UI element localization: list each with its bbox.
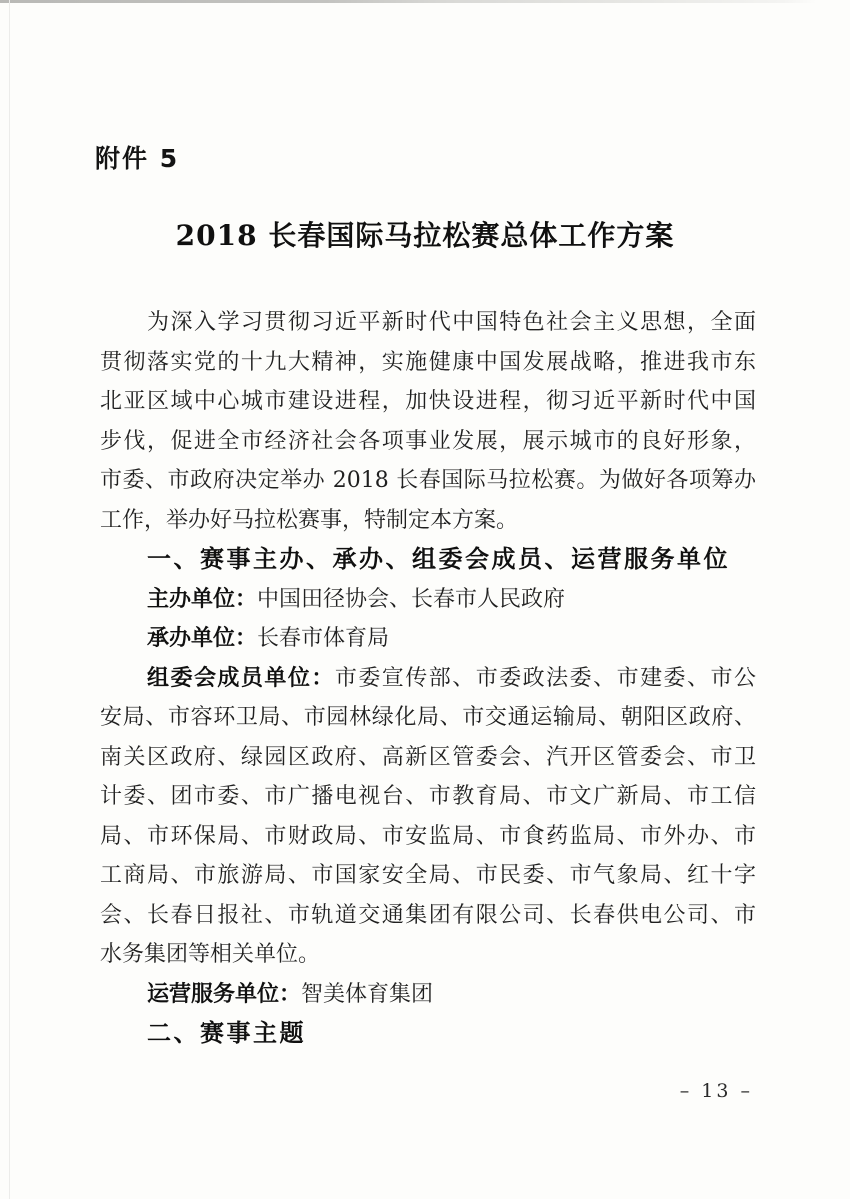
text-segment: 市委宣传部、市委政法委、市建委、市公 [335,666,756,691]
text-segment: 为深入学习贯彻习近平新时代中国特色社会主义思想，全面 [147,310,756,335]
text-line: 组委会成员单位：市委宣传部、市委政法委、市建委、市公 [100,659,756,699]
text-line: 步伐，促进全市经济社会各项事业发展，展示城市的良好形象， [100,422,756,462]
bold-label-segment: 主办单位： [147,587,257,612]
text-segment: 计委、团市委、市广播电视台、市教育局、市文广新局、市工信 [100,784,756,809]
attachment-label: 附件 5 [95,139,179,175]
text-line: 贯彻落实党的十九大精神，实施健康中国发展战略，推进我市东 [100,343,756,383]
text-segment: 北亚区域中心城市建设进程，加快设进程，彻习近平新时代中国 [100,389,756,414]
text-line: 南关区政府、绿园区政府、高新区管委会、汽开区管委会、市卫 [100,738,756,778]
scanned-document-page: 附件 5 2018 长春国际马拉松赛总体工作方案 为深入学习贯彻习近平新时代中国… [0,0,850,1199]
document-body: 为深入学习贯彻习近平新时代中国特色社会主义思想，全面贯彻落实党的十九大精神，实施… [100,303,756,1054]
text-line: 计委、团市委、市广播电视台、市教育局、市文广新局、市工信 [100,777,756,817]
section-heading-line: 一、赛事主办、承办、组委会成员、运营服务单位 [100,540,756,580]
text-line: 工商局、市旅游局、市国家安全局、市民委、市气象局、红十字 [100,856,756,896]
text-line: 局、市环保局、市财政局、市安监局、市食药监局、市外办、市 [100,817,756,857]
scan-top-edge-artifact [0,0,816,3]
bold-label-segment: 承办单位： [147,626,257,651]
text-segment: 局、市环保局、市财政局、市安监局、市食药监局、市外办、市 [100,824,756,849]
text-segment: 步伐，促进全市经济社会各项事业发展，展示城市的良好形象， [100,429,756,454]
bold-label-segment: 二、赛事主题 [147,1019,306,1047]
text-line: 主办单位：中国田径协会、长春市人民政府 [100,580,756,620]
bold-label-segment: 一、赛事主办、承办、组委会成员、运营服务单位 [147,545,730,573]
text-line: 为深入学习贯彻习近平新时代中国特色社会主义思想，全面 [100,303,756,343]
scan-left-edge-artifact [9,0,10,1199]
text-segment: 贯彻落实党的十九大精神，实施健康中国发展战略，推进我市东 [100,350,756,375]
text-line: 运营服务单位：智美体育集团 [100,975,756,1015]
text-segment: 智美体育集团 [301,982,433,1007]
document-title: 2018 长春国际马拉松赛总体工作方案 [0,214,850,254]
text-segment: 中国田径协会、长春市人民政府 [257,587,565,612]
text-line: 工作，举办好马拉松赛事，特制定本方案。 [100,501,756,541]
text-line: 市委、市政府决定举办 2018 长春国际马拉松赛。为做好各项筹办 [100,461,756,501]
text-segment: 水务集团等相关单位。 [100,942,320,967]
text-segment: 长春市体育局 [257,626,389,651]
text-line: 水务集团等相关单位。 [100,935,756,975]
text-segment: 工商局、市旅游局、市国家安全局、市民委、市气象局、红十字 [100,863,756,888]
bold-label-segment: 运营服务单位： [147,982,301,1007]
page-number: – 13 – [680,1080,753,1102]
section-heading-line: 二、赛事主题 [100,1014,756,1054]
text-segment: 会、长春日报社、市轨道交通集团有限公司、长春供电公司、市 [100,903,756,928]
text-line: 安局、市容环卫局、市园林绿化局、市交通运输局、朝阳区政府、 [100,698,756,738]
text-line: 会、长春日报社、市轨道交通集团有限公司、长春供电公司、市 [100,896,756,936]
text-segment: 市委、市政府决定举办 2018 长春国际马拉松赛。为做好各项筹办 [100,468,756,493]
text-segment: 安局、市容环卫局、市园林绿化局、市交通运输局、朝阳区政府、 [100,705,756,730]
text-line: 承办单位：长春市体育局 [100,619,756,659]
text-segment: 南关区政府、绿园区政府、高新区管委会、汽开区管委会、市卫 [100,745,756,770]
text-line: 北亚区域中心城市建设进程，加快设进程，彻习近平新时代中国 [100,382,756,422]
text-segment: 工作，举办好马拉松赛事，特制定本方案。 [100,508,518,533]
bold-label-segment: 组委会成员单位： [147,666,335,691]
